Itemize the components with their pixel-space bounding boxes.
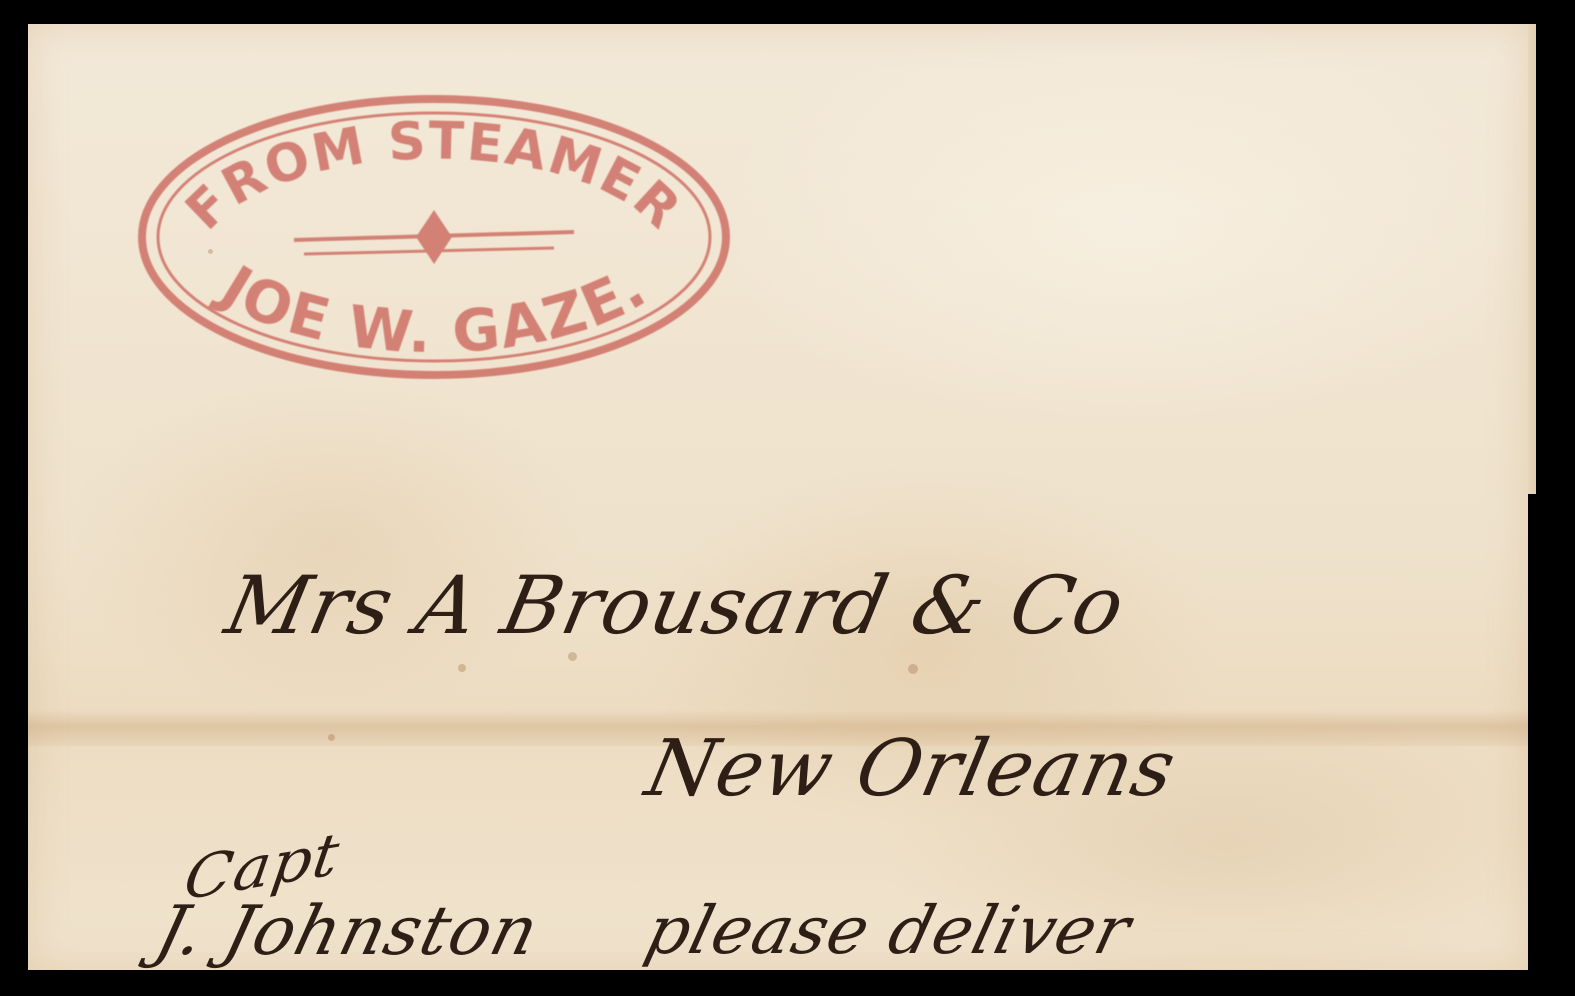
image-stage: FROM STEAMER JOE W. GAZE. Mrs A Brousard… xyxy=(0,0,1575,996)
handstamp-graphic: FROM STEAMER JOE W. GAZE. xyxy=(134,92,734,382)
foxing-spot xyxy=(568,652,577,661)
delivery-instruction: please deliver xyxy=(638,892,1138,969)
foxing-spot xyxy=(328,734,335,741)
ornament-icon xyxy=(294,210,574,264)
addressee-line: Mrs A Brousard & Co xyxy=(218,559,1133,652)
carrier-name: J. Johnston xyxy=(148,892,547,971)
folded-letter-cover: FROM STEAMER JOE W. GAZE. Mrs A Brousard… xyxy=(28,24,1528,970)
city-line: New Orleans xyxy=(638,724,1183,814)
red-oval-handstamp: FROM STEAMER JOE W. GAZE. xyxy=(134,92,734,382)
foxing-spot xyxy=(908,664,918,674)
foxing-spot xyxy=(458,664,466,672)
